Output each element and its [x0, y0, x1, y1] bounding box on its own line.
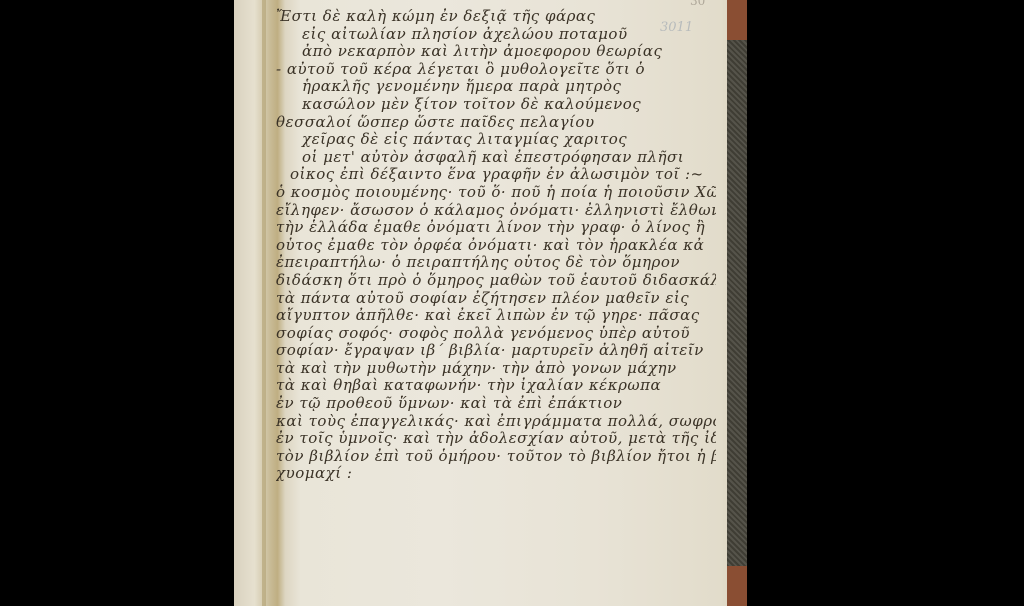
- text-line: οὗτος ἐμαθε τὸν ὀρφέα ὀνόματι· καὶ τὸν ἡ…: [276, 237, 716, 255]
- text-line: εἴληφεν· ἄσωσον ὁ κάλαμος ὀνόματι· ἐλλην…: [276, 202, 716, 220]
- text-line: οἶκος ἐπὶ δέξαιντο ἕνα γραφῆν ἐν ἀλωσιμὸ…: [276, 166, 716, 184]
- text-line: οἱ μετ' αὐτὸν ἀσφαλῆ καὶ ἐπεστρόφησαν πλ…: [276, 149, 716, 167]
- binding-edge-bottom: [727, 566, 747, 606]
- text-line: σοφίαν· ἔγραψαν ιβ´ βιβλία· μαρτυρεῖν ἀλ…: [276, 342, 716, 360]
- text-line: ἀπὸ νεκαρπὸν καὶ λιτὴν ἀμοεφορου θεωρίας: [276, 43, 716, 61]
- text-line: ἡρακλῆς γενομένην ἥμερα παρὰ μητρὸς: [276, 78, 716, 96]
- text-line: Ἔστι δὲ καλὴ κώμη ἐν δεξιᾷ τῆς φάρας: [276, 8, 716, 26]
- text-line: αἴγυπτον ἀπῆλθε· καὶ ἐκεῖ λιπὼν ἐν τῷ γη…: [276, 307, 716, 325]
- text-line: - αὐτοῦ τοῦ κέρα λέγεται ὃ μυθολογεῖτε ὅ…: [276, 61, 716, 79]
- text-line: εἰς αἰτωλίαν πλησίον ἀχελώου ποταμοῦ: [276, 26, 716, 44]
- text-line: χεῖρας δὲ εἰς πάντας λιταγμίας χαριτος: [276, 131, 716, 149]
- text-line: τὰ καὶ τὴν μυθωτὴν μάχην· τὴν ἀπὸ γονων …: [276, 360, 716, 378]
- binding-edge-top: [727, 0, 747, 40]
- text-line: σοφίας σοφός· σοφὸς πολλὰ γενόμενος ὑπὲρ…: [276, 325, 716, 343]
- text-line: ἐν τῷ προθεοῦ ὕμνων· καὶ τὰ ἐπὶ ἐπάκτιον: [276, 395, 716, 413]
- text-line: καὶ τοὺς ἐπαγγελικάς· καὶ ἐπιγράμματα πο…: [276, 413, 716, 431]
- text-line: θεσσαλοί ὥσπερ ὥστε παῖδες πελαγίου: [276, 114, 716, 132]
- text-line: χυομαχί :: [276, 465, 716, 483]
- folio-mark: 30: [690, 0, 705, 8]
- text-line: κασώλον μὲν ξίτον τοῖτον δὲ καλούμενος: [276, 96, 716, 114]
- text-line: ὁ κοσμὸς ποιουμένης· τοῦ ὅ· ποῦ ἡ ποία ἡ…: [276, 184, 716, 202]
- text-line: τὰ καὶ θηβαὶ καταφωνήν· τὴν ἰχαλίαν κέκρ…: [276, 377, 716, 395]
- text-line: τὴν ἑλλάδα ἐμαθε ὀνόματι λίνον τὴν γραφ·…: [276, 219, 716, 237]
- text-line: τὸν βιβλίον ἐπὶ τοῦ ὁμήρου· τοῦτον τὸ βι…: [276, 448, 716, 466]
- manuscript-text: Ἔστι δὲ καλὴ κώμη ἐν δεξιᾷ τῆς φάρας εἰς…: [276, 8, 716, 483]
- page-fold: [262, 0, 266, 606]
- text-line: διδάσκη ὅτι πρὸ ὁ ὅμηρος μαθὼν τοῦ ἑαυτο…: [276, 272, 716, 290]
- text-line: ἐν τοῖς ὑμνοῖς· καὶ τὴν ἀδολεσχίαν αὐτοῦ…: [276, 430, 716, 448]
- text-line: τὰ πάντα αὐτοῦ σοφίαν ἐζήτησεν πλέον μαθ…: [276, 290, 716, 308]
- book-binding: [727, 0, 747, 606]
- text-line: ἐπειραπτήλω· ὁ πειραπτήλης οὗτος δὲ τὸν …: [276, 254, 716, 272]
